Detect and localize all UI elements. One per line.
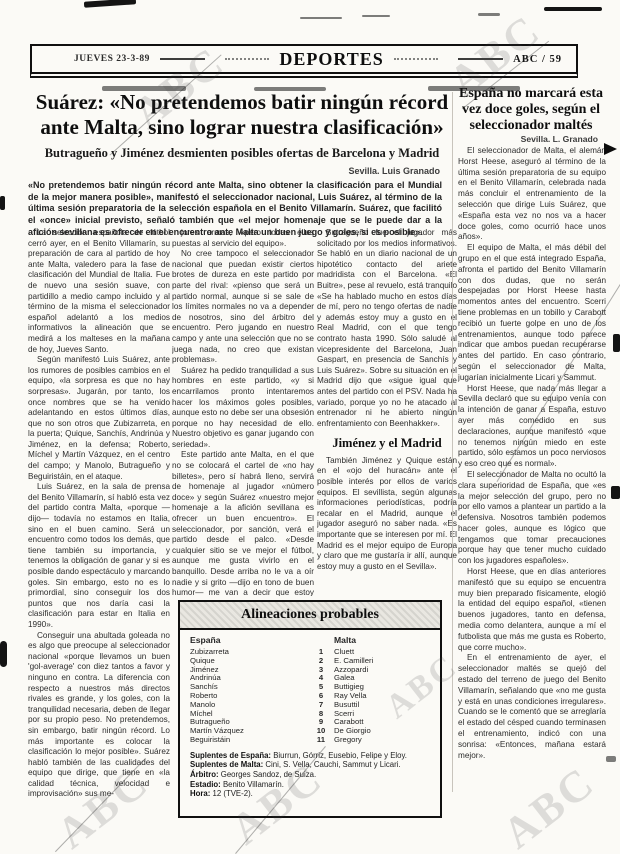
edge-mark <box>611 486 620 499</box>
scan-artifact <box>544 7 602 11</box>
lineups-header-row: España Malta <box>190 635 430 645</box>
page-number: ABC / 59 <box>513 54 562 65</box>
paragraph: Este partido ante Malta, en el que no se… <box>172 450 314 596</box>
scan-artifact <box>254 87 326 91</box>
paragraph: La selección española de fútbol cerró ay… <box>28 228 170 355</box>
header-date: JUEVES 23-3-89 <box>74 54 150 64</box>
lineups-note: Suplentes de España: Biurrun, Górriz, Eu… <box>190 751 430 761</box>
lineups-box: Alineaciones probables España Malta Zubi… <box>178 600 442 818</box>
scan-artifact <box>428 86 520 91</box>
away-team-name: Malta <box>334 635 430 645</box>
scan-artifact <box>102 86 186 91</box>
note-label: Estadio: <box>190 780 223 789</box>
paragraph: Conseguir una abultada goleada no es alg… <box>28 631 170 801</box>
edge-mark <box>0 196 5 210</box>
main-byline: Sevilla. Luis Granado <box>30 166 440 176</box>
newspaper-page: JUEVES 23-3-89 DEPORTES ABC / 59 Suárez:… <box>0 0 620 854</box>
lineup-row: Manolo7Busuttil <box>190 701 430 710</box>
paragraph: jores armas, «pero todas ellas puestas a… <box>172 228 314 249</box>
side-byline: Sevilla. L. Granado <box>458 134 598 144</box>
home-team-name: España <box>190 635 308 645</box>
paragraph: No cree tampoco el seleccionador naciona… <box>172 249 314 366</box>
lineup-row: Jiménez3Azzopardi <box>190 666 430 675</box>
edge-mark <box>606 756 616 762</box>
lineups-title: Alineaciones probables <box>180 602 440 630</box>
paragraph: El equipo de Malta, el más débil del gru… <box>458 243 606 383</box>
lineups-header-spacer <box>308 635 334 645</box>
paragraph: También Jiménez y Quique están en el «oj… <box>317 456 457 573</box>
article-column-1: La selección española de fútbol cerró ay… <box>28 228 170 803</box>
paragraph: Horst Heese, que nada más llegar a Sevil… <box>458 384 606 470</box>
paragraph: En el entrenamiento de ayer, el seleccio… <box>458 653 606 761</box>
column-separator <box>452 92 453 792</box>
lineup-away: Gregory <box>334 736 430 745</box>
paragraph: Butragueño fue el jugador más solicitado… <box>317 228 457 429</box>
scan-artifact <box>300 17 342 19</box>
lineup-row: Zubizarreta1Cluett <box>190 648 430 657</box>
column-3-top: Butragueño fue el jugador más solicitado… <box>317 228 457 429</box>
lineup-row: Beguiristáin11Gregory <box>190 736 430 745</box>
paragraph: El seleccionador de Malta no ocultó la c… <box>458 470 606 567</box>
paragraph: El seleccionador de Malta, el alemán Hor… <box>458 146 606 243</box>
lineup-row: Andrinúa4Galea <box>190 674 430 683</box>
main-headline: Suárez: «No pretendemos batir ningún réc… <box>30 90 454 140</box>
header-rule <box>458 58 503 60</box>
article-column-2: jores armas, «pero todas ellas puestas a… <box>172 228 314 596</box>
main-subheadline: Butragueño y Jiménez desmienten posibles… <box>30 146 454 161</box>
paragraph: Horst Heese, que en días anteriores mani… <box>458 567 606 653</box>
lineups-rows: Zubizarreta1CluettQuique2E. CamilleriJim… <box>190 648 430 745</box>
lineups-note: Estadio: Benito Villamarín. <box>190 780 430 790</box>
scan-artifact <box>362 15 390 17</box>
lineup-home: Beguiristáin <box>190 736 308 745</box>
lineups-note: Suplentes de Malta: Cini, S. Vella, Cauc… <box>190 760 430 770</box>
header-rule <box>160 58 205 60</box>
edge-mark <box>0 641 7 667</box>
edge-mark <box>613 334 620 352</box>
lineup-number: 11 <box>308 736 334 745</box>
paragraph: Según manifestó Luis Suárez, ante los ru… <box>28 355 170 482</box>
header-rule <box>225 58 270 60</box>
column-3-subheading: Jiménez y el Madrid <box>317 438 457 449</box>
header-rule <box>394 58 439 60</box>
side-headline: España no marcará esta vez doce goles, s… <box>458 86 604 134</box>
edge-arrow-mark <box>604 143 617 155</box>
note-label: Árbitro: <box>190 770 221 779</box>
side-article-body: El seleccionador de Malta, el alemán Hor… <box>458 146 606 790</box>
lineups-table: España Malta Zubizarreta1CluettQuique2E.… <box>180 630 440 747</box>
paragraph: Suárez ha pedido tranquilidad a sus homb… <box>172 366 314 451</box>
lineup-row: Roberto6Ray Vella <box>190 692 430 701</box>
note-label: Hora: <box>190 789 213 798</box>
lineups-note: Hora: 12 (TVE-2). <box>190 789 430 799</box>
note-label: Suplentes de España: <box>190 751 273 760</box>
page-header: JUEVES 23-3-89 DEPORTES ABC / 59 <box>30 44 578 78</box>
scan-artifact <box>84 0 136 8</box>
lineup-row: Quique2E. Camilleri <box>190 657 430 666</box>
lineups-note: Árbitro: Georges Sandoz, de Suiza. <box>190 770 430 780</box>
note-label: Suplentes de Malta: <box>190 760 265 769</box>
scan-artifact <box>478 13 500 16</box>
paragraph: Luis Suárez, en la sala de prensa del Be… <box>28 482 170 630</box>
section-title: DEPORTES <box>279 49 383 70</box>
column-3-bottom: También Jiménez y Quique están en el «oj… <box>317 456 457 573</box>
lineups-notes: Suplentes de España: Biurrun, Górriz, Eu… <box>180 747 440 799</box>
article-column-3: Butragueño fue el jugador más solicitado… <box>317 228 457 596</box>
lineup-row: Sanchís5Buttigieg <box>190 683 430 692</box>
